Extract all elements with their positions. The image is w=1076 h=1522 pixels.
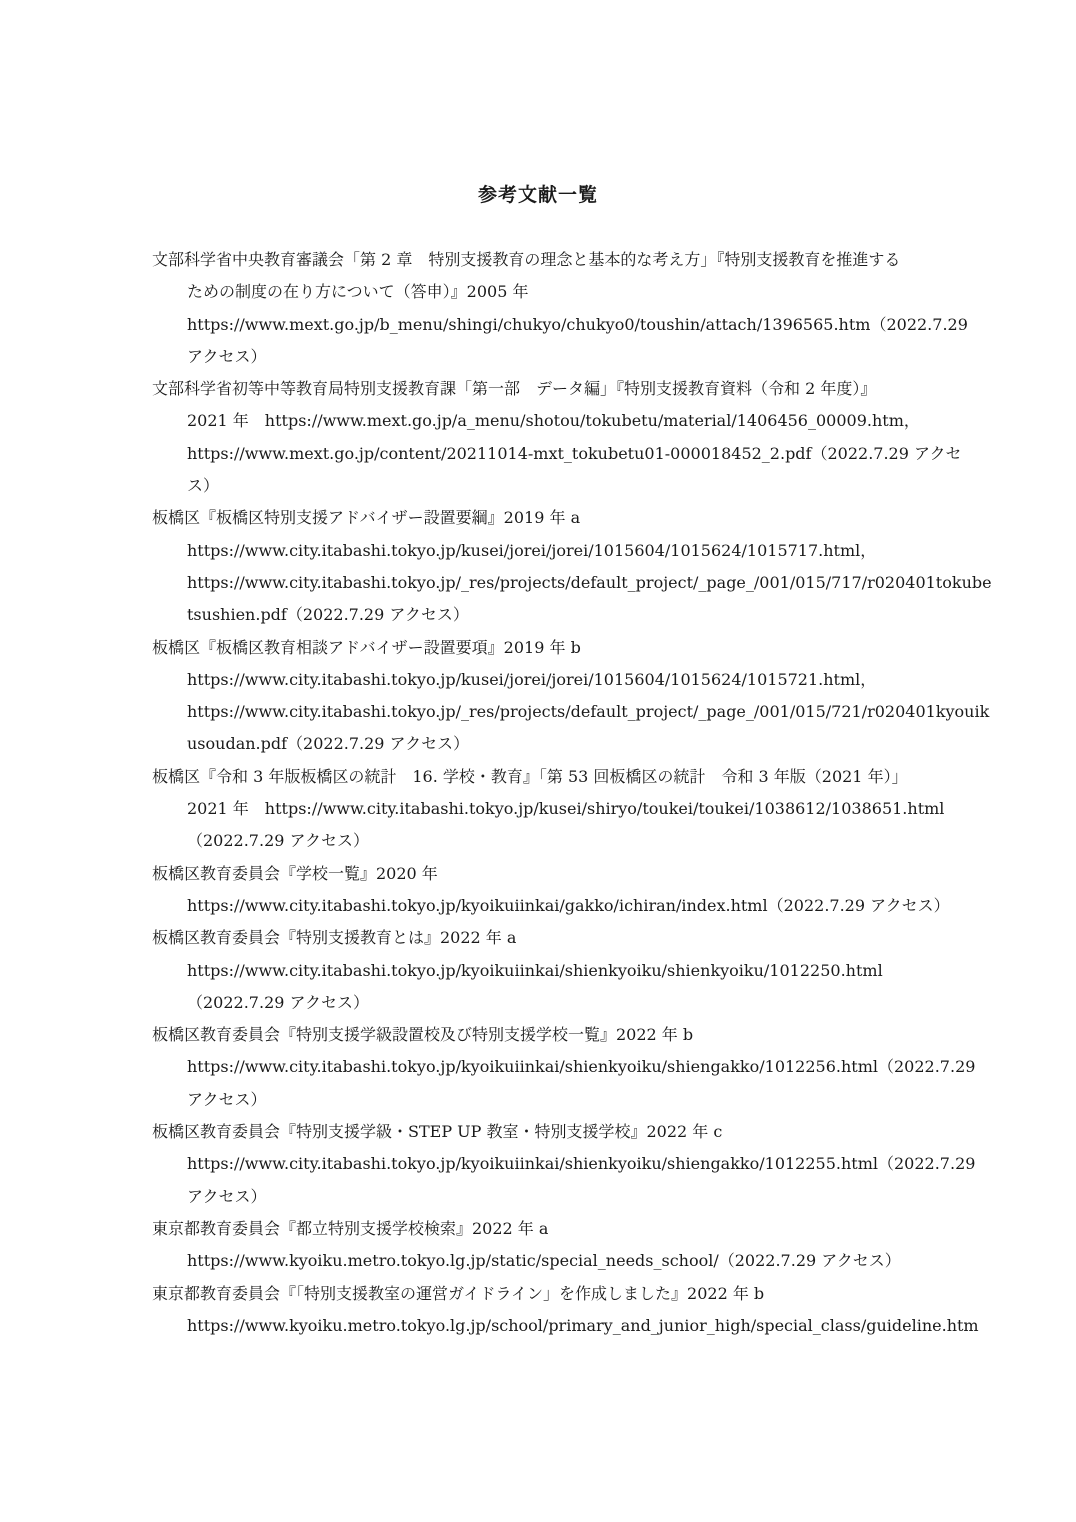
reference-line: usoudan.pdf（2022.7.29 アクセス） <box>152 728 952 760</box>
reference-entry: 板橋区『板橋区教育相談アドバイザー設置要項』2019 年 bhttps://ww… <box>152 632 952 761</box>
reference-entry: 東京都教育委員会『「特別支援教室の運営ガイドライン」を作成しました』2022 年… <box>152 1278 952 1343</box>
page-title: 参考文献一覧 <box>0 180 1076 207</box>
reference-line: 東京都教育委員会『「特別支援教室の運営ガイドライン」を作成しました』2022 年… <box>152 1278 952 1310</box>
reference-line: 文部科学省初等中等教育局特別支援教育課「第一部 データ編」『特別支援教育資料（令… <box>152 373 952 405</box>
reference-line: https://www.mext.go.jp/b_menu/shingi/chu… <box>152 309 952 341</box>
reference-line: ス） <box>152 470 952 502</box>
reference-line: https://www.city.itabashi.tokyo.jp/kusei… <box>152 664 952 696</box>
reference-entry: 板橋区教育委員会『特別支援学級・STEP UP 教室・特別支援学校』2022 年… <box>152 1116 952 1213</box>
document-page: 参考文献一覧 文部科学省中央教育審議会「第 2 章 特別支援教育の理念と基本的な… <box>0 0 1076 1522</box>
reference-entry: 板橋区『令和 3 年版板橋区の統計 16. 学校・教育』「第 53 回板橋区の統… <box>152 761 952 858</box>
reference-line: https://www.city.itabashi.tokyo.jp/kyoik… <box>152 1051 952 1083</box>
reference-entry: 東京都教育委員会『都立特別支援学校検索』2022 年 ahttps://www.… <box>152 1213 952 1278</box>
reference-line: （2022.7.29 アクセス） <box>152 825 952 857</box>
reference-line: https://www.city.itabashi.tokyo.jp/_res/… <box>152 696 952 728</box>
reference-line: 板橋区『令和 3 年版板橋区の統計 16. 学校・教育』「第 53 回板橋区の統… <box>152 761 952 793</box>
reference-line: 板橋区教育委員会『特別支援教育とは』2022 年 a <box>152 922 952 954</box>
reference-line: 板橋区『板橋区教育相談アドバイザー設置要項』2019 年 b <box>152 632 952 664</box>
reference-line: アクセス） <box>152 341 952 373</box>
reference-line: https://www.city.itabashi.tokyo.jp/kyoik… <box>152 1148 952 1180</box>
reference-line: アクセス） <box>152 1181 952 1213</box>
reference-line: アクセス） <box>152 1084 952 1116</box>
reference-line: https://www.kyoiku.metro.tokyo.lg.jp/sta… <box>152 1245 952 1277</box>
reference-line: 板橋区教育委員会『特別支援学級設置校及び特別支援学校一覧』2022 年 b <box>152 1019 952 1051</box>
reference-line: 2021 年 https://www.mext.go.jp/a_menu/sho… <box>152 405 952 437</box>
reference-line: 2021 年 https://www.city.itabashi.tokyo.j… <box>152 793 952 825</box>
reference-line: ための制度の在り方について（答申）』2005 年 <box>152 276 952 308</box>
reference-entry: 板橋区教育委員会『特別支援教育とは』2022 年 ahttps://www.ci… <box>152 922 952 1019</box>
reference-line: 東京都教育委員会『都立特別支援学校検索』2022 年 a <box>152 1213 952 1245</box>
reference-line: https://www.city.itabashi.tokyo.jp/kusei… <box>152 535 952 567</box>
reference-entry: 文部科学省初等中等教育局特別支援教育課「第一部 データ編」『特別支援教育資料（令… <box>152 373 952 502</box>
reference-line: 文部科学省中央教育審議会「第 2 章 特別支援教育の理念と基本的な考え方」『特別… <box>152 244 952 276</box>
reference-list: 文部科学省中央教育審議会「第 2 章 特別支援教育の理念と基本的な考え方」『特別… <box>152 244 952 1342</box>
reference-line: 板橋区『板橋区特別支援アドバイザー設置要綱』2019 年 a <box>152 502 952 534</box>
reference-line: https://www.city.itabashi.tokyo.jp/kyoik… <box>152 890 952 922</box>
reference-entry: 文部科学省中央教育審議会「第 2 章 特別支援教育の理念と基本的な考え方」『特別… <box>152 244 952 373</box>
reference-line: https://www.mext.go.jp/content/20211014-… <box>152 438 952 470</box>
reference-entry: 板橋区教育委員会『特別支援学級設置校及び特別支援学校一覧』2022 年 bhtt… <box>152 1019 952 1116</box>
reference-line: https://www.city.itabashi.tokyo.jp/kyoik… <box>152 955 952 987</box>
reference-entry: 板橋区教育委員会『学校一覧』2020 年https://www.city.ita… <box>152 858 952 923</box>
reference-entry: 板橋区『板橋区特別支援アドバイザー設置要綱』2019 年 ahttps://ww… <box>152 502 952 631</box>
reference-line: （2022.7.29 アクセス） <box>152 987 952 1019</box>
reference-line: https://www.kyoiku.metro.tokyo.lg.jp/sch… <box>152 1310 952 1342</box>
reference-line: https://www.city.itabashi.tokyo.jp/_res/… <box>152 567 952 599</box>
reference-line: 板橋区教育委員会『特別支援学級・STEP UP 教室・特別支援学校』2022 年… <box>152 1116 952 1148</box>
reference-line: 板橋区教育委員会『学校一覧』2020 年 <box>152 858 952 890</box>
reference-line: tsushien.pdf（2022.7.29 アクセス） <box>152 599 952 631</box>
